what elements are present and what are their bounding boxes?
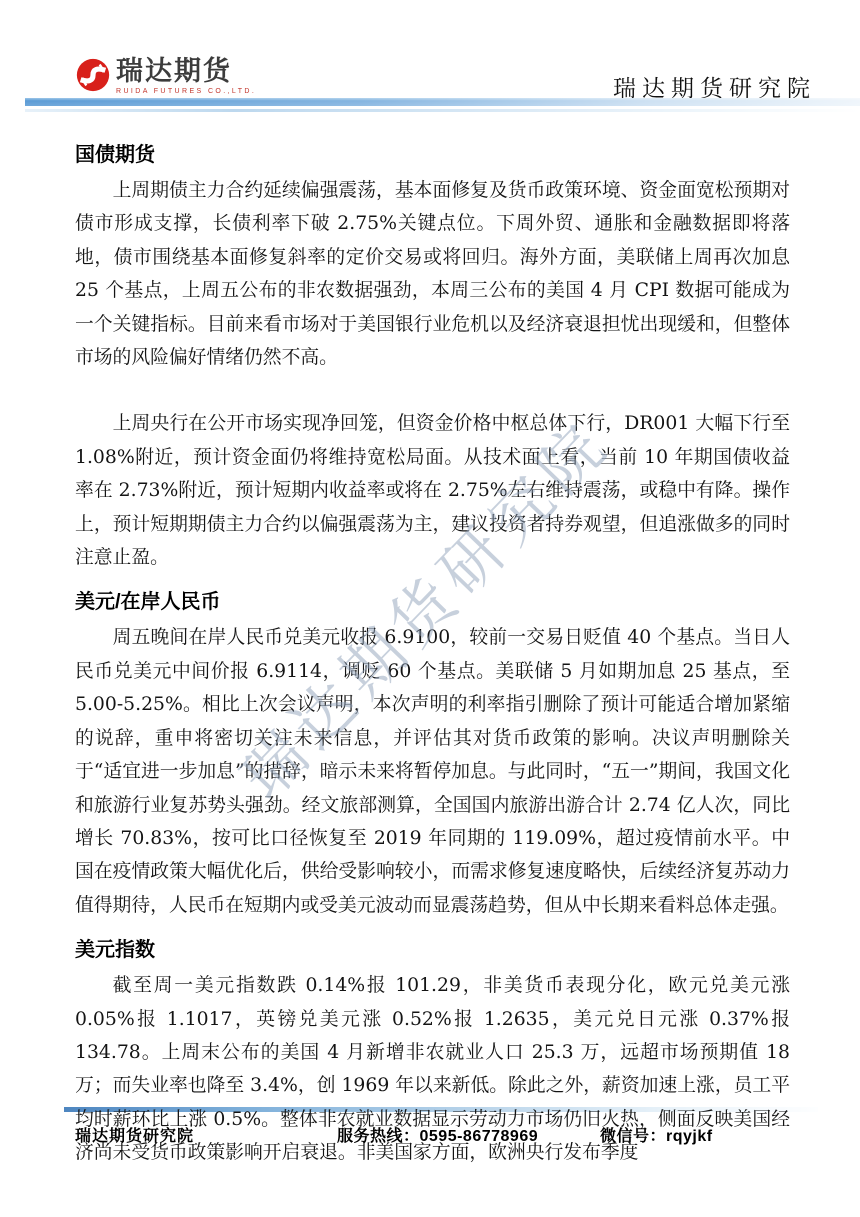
header-divider-line [25, 109, 860, 112]
report-body: 国债期货 上周期债主力合约延续偏强震荡，基本面修复及货币政策环境、资金面宽松预期… [75, 142, 790, 1170]
section-heading: 美元指数 [75, 937, 790, 964]
section-usd-index: 美元指数 截至周一美元指数跌 0.14%报 101.29，非美货币表现分化，欧元… [75, 937, 790, 1169]
logo-brand-text: 瑞达期货 [116, 56, 256, 86]
section-usd-cny: 美元/在岸人民币 周五晚间在岸人民币兑美元收报 6.9100，较前一交易日贬值 … [75, 589, 790, 922]
section-heading: 国债期货 [75, 142, 790, 169]
report-page: 瑞达期货 RUIDA FUTURES CO.,LTD. 瑞达期货研究院 瑞达期货… [0, 0, 860, 1217]
header-divider-fade [25, 98, 860, 106]
company-logo: 瑞达期货 RUIDA FUTURES CO.,LTD. [74, 56, 256, 96]
logo-tagline-text: RUIDA FUTURES CO.,LTD. [116, 87, 256, 96]
section-paragraph: 截至周一美元指数跌 0.14%报 101.29，非美货币表现分化，欧元兑美元涨 … [75, 969, 790, 1169]
logo-text: 瑞达期货 RUIDA FUTURES CO.,LTD. [116, 56, 256, 96]
ruida-logo-icon [74, 56, 112, 94]
section-paragraph: 上周央行在公开市场实现净回笼，但资金价格中枢总体下行，DR001 大幅下行至 1… [75, 407, 790, 574]
section-treasury-futures: 国债期货 上周期债主力合约延续偏强震荡，基本面修复及货币政策环境、资金面宽松预期… [75, 142, 790, 574]
section-heading: 美元/在岸人民币 [75, 589, 790, 616]
header-divider-bar [25, 98, 860, 106]
section-paragraph: 上周期债主力合约延续偏强震荡，基本面修复及货币政策环境、资金面宽松预期对债市形成… [75, 174, 790, 374]
section-paragraph: 周五晚间在岸人民币兑美元收报 6.9100，较前一交易日贬值 40 个基点。当日… [75, 621, 790, 922]
